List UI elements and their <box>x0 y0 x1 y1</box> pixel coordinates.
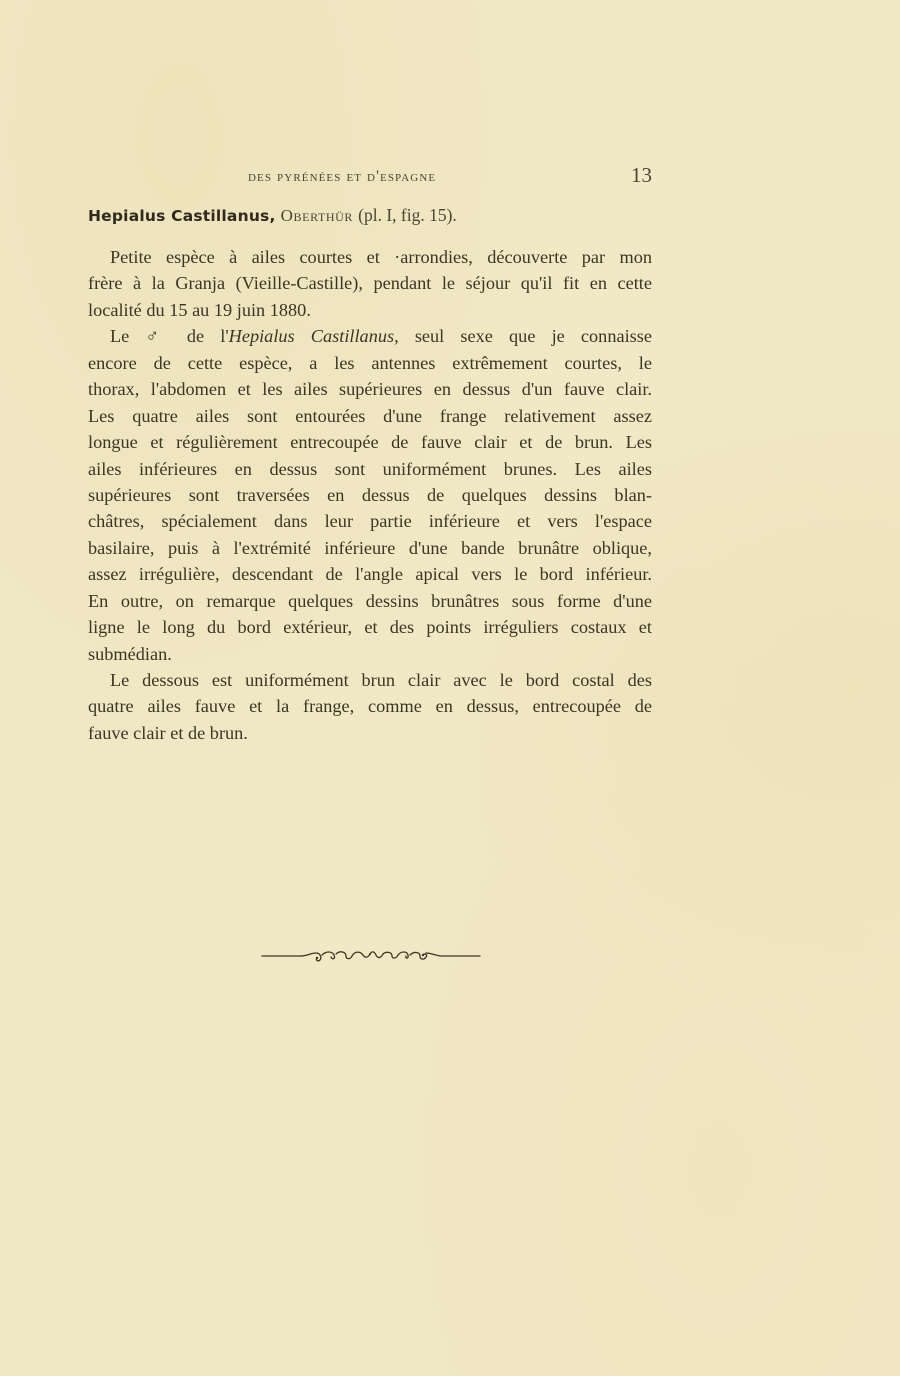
text-line: basilaire, puis à l'extrémité inférieure… <box>88 535 652 561</box>
text-line: assez irrégulière, descendant de l'angle… <box>88 561 652 587</box>
text-line: fauve clair et de brun. <box>88 720 652 746</box>
entry-heading: Hepialus Castillanus, Oberthür (pl. I, f… <box>88 205 652 226</box>
text-line: Le dessous est uniformément brun clair a… <box>88 667 652 693</box>
running-head: DES PYRÉNÉES ET D'ESPAGNE 13 <box>88 166 652 190</box>
text-line: quatre ailes fauve et la frange, comme e… <box>88 693 652 719</box>
species-name: Hepialus Castillanus, <box>88 207 276 225</box>
text-line: localité du 15 au 19 juin 1880. <box>88 297 652 323</box>
text-segment: Le ♂ de l' <box>110 326 229 346</box>
species-author: Oberthür <box>281 206 353 225</box>
body-text: Petite espèce à ailes courtes et ·arrond… <box>88 244 652 746</box>
text-line: En outre, on remarque quelques dessins b… <box>88 588 652 614</box>
scroll-flourish-icon <box>260 943 482 965</box>
text-segment: seul sexe que je connaisse <box>399 326 652 346</box>
italic-species-name: Hepialus Castillanus, <box>229 326 399 346</box>
text-line: Les quatre ailes sont entourées d'une fr… <box>88 403 652 429</box>
page-number: 13 <box>631 163 652 188</box>
text-line: frère à la Granja (Vieille-Castille), pe… <box>88 270 652 296</box>
running-title: DES PYRÉNÉES ET D'ESPAGNE <box>248 168 436 186</box>
text-line: thorax, l'abdomen et les ailes supérieur… <box>88 376 652 402</box>
text-line: châtres, spécialement dans leur partie i… <box>88 508 652 534</box>
text-line: Le ♂ de l'Hepialus Castillanus, seul sex… <box>88 323 652 349</box>
text-line: encore de cette espèce, a les antennes e… <box>88 350 652 376</box>
plate-reference: (pl. I, fig. 15). <box>358 205 457 225</box>
text-line: supérieures sont traversées en dessus de… <box>88 482 652 508</box>
text-line: longue et régulièrement entrecoupée de f… <box>88 429 652 455</box>
text-line: submédian. <box>88 641 652 667</box>
text-line: ailes inférieures en dessus sont uniform… <box>88 456 652 482</box>
book-page: DES PYRÉNÉES ET D'ESPAGNE 13 Hepialus Ca… <box>0 0 900 1376</box>
text-line: ligne le long du bord extérieur, et des … <box>88 614 652 640</box>
text-line: Petite espèce à ailes courtes et ·arrond… <box>88 244 652 270</box>
